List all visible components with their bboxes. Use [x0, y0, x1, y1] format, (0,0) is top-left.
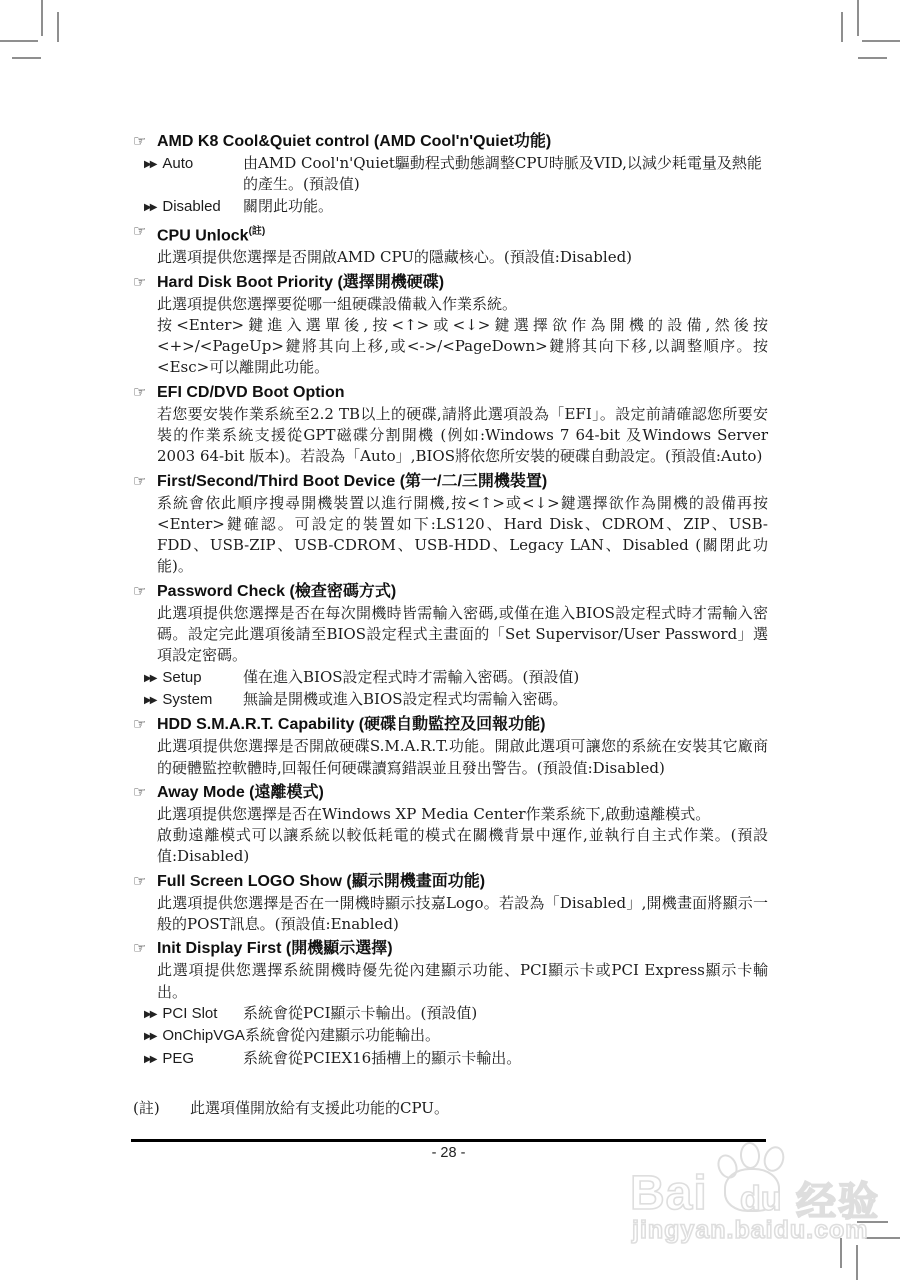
pointing-hand-icon: ☞: [133, 131, 155, 152]
crop-mark: [12, 57, 41, 59]
option-description: 若您要安裝作業系統至2.2 TB以上的硬碟,請將此選項設為「EFI」。設定前請確…: [157, 404, 768, 468]
bios-option-section: ☞ HDD S.M.A.R.T. Capability (硬碟自動監控及回報功能…: [136, 714, 768, 779]
option-value-description: 由AMD Cool'n'Quiet驅動程式動態調整CPU時脈及VID,以減少耗電…: [243, 153, 768, 196]
option-value-label: ▶▶Disabled: [144, 196, 243, 218]
crop-mark: [862, 40, 900, 42]
option-value-row: ▶▶PCI Slot 系統會從PCI顯示卡輸出。(預設值): [144, 1003, 768, 1025]
option-value-label: ▶▶System: [144, 689, 243, 711]
option-description: 此選項提供您選擇要從哪一組硬碟設備載入作業系統。: [157, 294, 768, 315]
option-title: CPU Unlock(註): [157, 221, 768, 247]
option-title: AMD K8 Cool&Quiet control (AMD Cool'n'Qu…: [157, 131, 768, 153]
bios-option-section: ☞ Password Check (檢查密碼方式) 此選項提供您選擇是否在每次開…: [136, 581, 768, 711]
option-title: Init Display First (開機顯示選擇): [157, 938, 768, 960]
crop-mark: [0, 40, 38, 42]
double-arrow-icon: ▶▶: [144, 159, 155, 170]
option-description: 此選項提供您選擇是否在Windows XP Media Center作業系統下,…: [157, 804, 768, 825]
option-value-row: ▶▶Setup 僅在進入BIOS設定程式時才需輸入密碼。(預設值): [144, 667, 768, 689]
double-arrow-icon: ▶▶: [144, 202, 155, 213]
watermark-brand-cn: 经验: [796, 1170, 880, 1227]
page-content: ☞ AMD K8 Cool&Quiet control (AMD Cool'n'…: [136, 131, 768, 1073]
option-title: First/Second/Third Boot Device (第一/二/三開機…: [157, 471, 768, 493]
option-value-row: ▶▶OnChipVGA 系統會從內建顯示功能輸出。: [144, 1025, 768, 1047]
crop-mark: [857, 1221, 888, 1223]
option-description: 啟動遠離模式可以讓系統以較低耗電的模式在關機背景中運作,並執行自主式作業。(預設…: [157, 825, 768, 868]
page-number: - 28 -: [131, 1145, 766, 1161]
option-value-description: 系統會從PCI顯示卡輸出。(預設值): [243, 1003, 768, 1025]
option-value-label: ▶▶Setup: [144, 667, 243, 689]
option-description: 按<Enter>鍵進入選單後,按<↑>或<↓>鍵選擇欲作為開機的設備,然後按<+…: [157, 315, 768, 379]
option-value-description: 系統會從PCIEX16插槽上的顯示卡輸出。: [243, 1048, 768, 1070]
option-value-label: ▶▶PCI Slot: [144, 1003, 243, 1025]
double-arrow-icon: ▶▶: [144, 1054, 155, 1065]
option-description: 此選項提供您選擇系統開機時優先從內建顯示功能、PCI顯示卡或PCI Expres…: [157, 960, 768, 1003]
option-value-label: ▶▶Auto: [144, 153, 243, 196]
footnote: (註) 此選項僅開放給有支援此功能的CPU。: [133, 1097, 449, 1118]
crop-mark: [840, 1238, 842, 1268]
manual-page: { "glyphs": { "section_marker": "☞", "op…: [0, 0, 900, 1280]
bios-option-section: ☞ Hard Disk Boot Priority (選擇開機硬碟) 此選項提供…: [136, 272, 768, 379]
option-title: Hard Disk Boot Priority (選擇開機硬碟): [157, 272, 768, 294]
option-value-description: 系統會從內建顯示功能輸出。: [245, 1025, 768, 1047]
option-title: HDD S.M.A.R.T. Capability (硬碟自動監控及回報功能): [157, 714, 768, 736]
pointing-hand-icon: ☞: [133, 272, 155, 293]
bios-option-section: ☞ First/Second/Third Boot Device (第一/二/三…: [136, 471, 768, 578]
option-value-row: ▶▶Auto 由AMD Cool'n'Quiet驅動程式動態調整CPU時脈及VI…: [144, 153, 768, 196]
bios-option-section: ☞ Away Mode (遠離模式) 此選項提供您選擇是否在Windows XP…: [136, 782, 768, 868]
footnote-ref: (註): [249, 226, 266, 237]
crop-mark: [41, 0, 43, 36]
option-value-row: ▶▶PEG 系統會從PCIEX16插槽上的顯示卡輸出。: [144, 1048, 768, 1070]
crop-mark: [841, 12, 843, 42]
pointing-hand-icon: ☞: [133, 782, 155, 803]
pointing-hand-icon: ☞: [133, 221, 155, 242]
footer-rule: [131, 1139, 766, 1142]
watermark-brand-left: Bai: [630, 1166, 708, 1221]
double-arrow-icon: ▶▶: [144, 673, 155, 684]
bios-option-section: ☞ AMD K8 Cool&Quiet control (AMD Cool'n'…: [136, 131, 768, 218]
pointing-hand-icon: ☞: [133, 714, 155, 735]
pointing-hand-icon: ☞: [133, 382, 155, 403]
option-value-label: ▶▶PEG: [144, 1048, 243, 1070]
crop-mark: [865, 1237, 900, 1239]
option-value-row: ▶▶Disabled 關閉此功能。: [144, 196, 768, 218]
option-value-description: 僅在進入BIOS設定程式時才需輸入密碼。(預設值): [243, 667, 768, 689]
option-description: 此選項提供您選擇是否開啟硬碟S.M.A.R.T.功能。開啟此選項可讓您的系統在安…: [157, 736, 768, 779]
footnote-marker: (註): [133, 1097, 190, 1118]
option-title: Full Screen LOGO Show (顯示開機畫面功能): [157, 871, 768, 893]
bios-option-section: ☞ Full Screen LOGO Show (顯示開機畫面功能) 此選項提供…: [136, 871, 768, 936]
option-description: 此選項提供您選擇是否開啟AMD CPU的隱藏核心。(預設值:Disabled): [157, 247, 768, 268]
bios-option-section: ☞ EFI CD/DVD Boot Option 若您要安裝作業系統至2.2 T…: [136, 382, 768, 468]
double-arrow-icon: ▶▶: [144, 695, 155, 706]
bios-option-section: ☞ CPU Unlock(註) 此選項提供您選擇是否開啟AMD CPU的隱藏核心…: [136, 221, 768, 269]
option-description: 此選項提供您選擇是否在每次開機時皆需輸入密碼,或僅在進入BIOS設定程式時才需輸…: [157, 603, 768, 667]
option-title: Away Mode (遠離模式): [157, 782, 768, 804]
crop-mark: [857, 0, 859, 36]
pointing-hand-icon: ☞: [133, 471, 155, 492]
crop-mark: [858, 57, 887, 59]
crop-mark: [57, 12, 59, 42]
option-value-description: 關閉此功能。: [243, 196, 768, 218]
pointing-hand-icon: ☞: [133, 938, 155, 959]
option-description: 此選項提供您選擇是否在一開機時顯示技嘉Logo。若設為「Disabled」,開機…: [157, 893, 768, 936]
option-description: 系統會依此順序搜尋開機裝置以進行開機,按<↑>或<↓>鍵選擇欲作為開機的設備再按…: [157, 493, 768, 578]
double-arrow-icon: ▶▶: [144, 1009, 155, 1020]
option-value-row: ▶▶System 無論是開機或進入BIOS設定程式均需輸入密碼。: [144, 689, 768, 711]
watermark-brand-right: du: [740, 1180, 782, 1219]
option-value-description: 無論是開機或進入BIOS設定程式均需輸入密碼。: [243, 689, 768, 711]
crop-mark: [856, 1245, 858, 1280]
footnote-text: 此選項僅開放給有支援此功能的CPU。: [190, 1097, 449, 1118]
bios-option-section: ☞ Init Display First (開機顯示選擇) 此選項提供您選擇系統…: [136, 938, 768, 1069]
option-value-label: ▶▶OnChipVGA: [144, 1025, 245, 1047]
watermark-url: jingyan.baidu.com: [632, 1216, 868, 1245]
pointing-hand-icon: ☞: [133, 871, 155, 892]
option-title: EFI CD/DVD Boot Option: [157, 382, 768, 404]
double-arrow-icon: ▶▶: [144, 1031, 155, 1042]
option-title: Password Check (檢查密碼方式): [157, 581, 768, 603]
pointing-hand-icon: ☞: [133, 581, 155, 602]
